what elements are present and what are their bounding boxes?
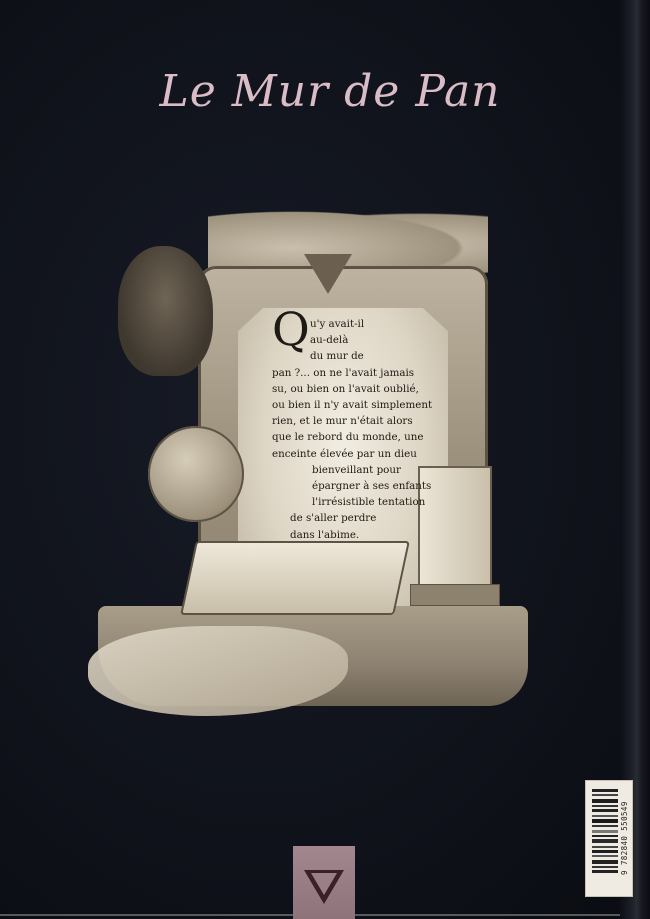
blurb-text: u'y avait-il au-delà du mur de pan ?... … [272, 316, 472, 543]
blurb-line: bienveillant pour [272, 462, 472, 478]
blurb-line: que le rebord du monde, une [272, 429, 472, 445]
glass-case-base [410, 584, 500, 606]
publisher-logo [293, 846, 355, 919]
blurb-line: enceinte élevée par un dieu [272, 446, 472, 462]
blurb-line: su, ou bien on l'avait oublié, [272, 381, 472, 397]
blurb-line: de s'aller perdre [272, 510, 472, 526]
blurb-line: rien, et le mur n'était alors [272, 413, 472, 429]
blurb-line: au-delà [272, 332, 472, 348]
illustration-frame: Q u'y avait-il au-delà du mur de pan ?..… [88, 206, 540, 714]
blurb-line: du mur de [272, 348, 472, 364]
blurb-line: ou bien il n'y avait simplement [272, 397, 472, 413]
isbn-barcode: 9 782840 550549 [585, 780, 633, 897]
mask-triangle-ornament [304, 254, 352, 294]
blurb-line: dans l'abime. [272, 527, 472, 543]
blurb-line: épargner à ses enfants [272, 478, 472, 494]
hat-illustration [118, 246, 213, 376]
isbn-number: 9 782840 550549 [620, 787, 630, 889]
open-book-illustration [180, 541, 410, 615]
blurb-line: u'y avait-il [272, 316, 472, 332]
blurb-line: l'irrésistible tentation [272, 494, 472, 510]
globe-illustration [148, 426, 244, 522]
book-back-cover: Le Mur de Pan Q u'y avait-il au-delà du … [0, 0, 650, 919]
cover-title: Le Mur de Pan [130, 66, 530, 117]
barcode-bars [592, 789, 618, 887]
triangle-down-icon [304, 870, 344, 904]
blurb-line: pan ?... on ne l'avait jamais [272, 365, 472, 381]
